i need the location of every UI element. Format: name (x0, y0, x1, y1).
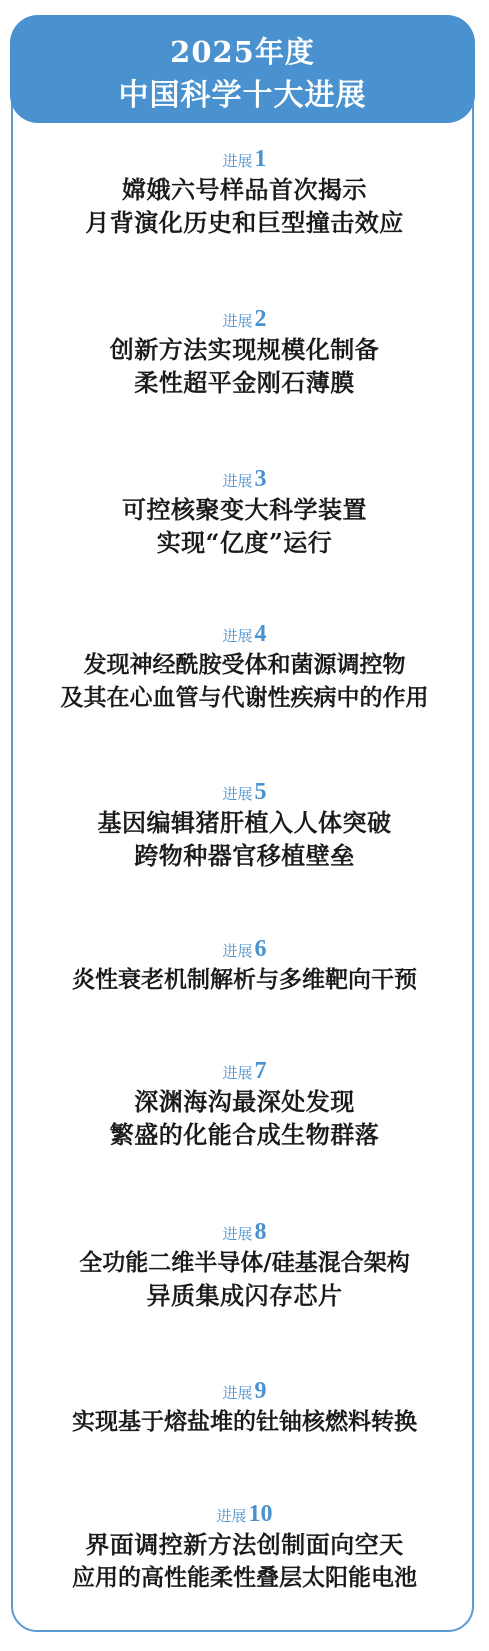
item-title-line: 创新方法实现规模化制备 (14, 333, 475, 366)
item-title-line: 深渊海沟最深处发现 (14, 1085, 475, 1118)
item-title-line: 界面调控新方法创制面向空天 (14, 1528, 475, 1561)
list-item-progress-5: 进展5 基因编辑猪肝植入人体突破 跨物种器官移植壁垒 (14, 778, 475, 872)
item-number: 8 (255, 1219, 267, 1245)
item-number: 10 (249, 1501, 273, 1527)
item-title-line: 柔性超平金刚石薄膜 (14, 366, 475, 399)
item-number: 3 (255, 466, 267, 492)
item-label: 进展5 (14, 778, 475, 806)
list-item-progress-6: 进展6 炎性衰老机制解析与多维靶向干预 (14, 935, 475, 996)
item-title-line: 月背演化历史和巨型撞击效应 (14, 206, 475, 239)
list-item-progress-9: 进展9 实现基于熔盐堆的钍铀核燃料转换 (14, 1377, 475, 1438)
item-title-line: 炎性衰老机制解析与多维靶向干预 (14, 963, 475, 996)
list-item-progress-8: 进展8 全功能二维半导体/硅基混合架构 异质集成闪存芯片 (14, 1218, 475, 1312)
item-title-line: 实现“亿度”运行 (14, 526, 475, 559)
list-item-progress-10: 进展10 界面调控新方法创制面向空天 应用的高性能柔性叠层太阳能电池 (14, 1500, 475, 1594)
list-item-progress-4: 进展4 发现神经酰胺受体和菌源调控物 及其在心血管与代谢性疾病中的作用 (14, 620, 475, 714)
page-title: 中国科学十大进展 (10, 79, 475, 113)
list-item-progress-1: 进展1 嫦娥六号样品首次揭示 月背演化历史和巨型撞击效应 (14, 145, 475, 239)
item-number: 1 (255, 146, 267, 172)
item-title-line: 应用的高性能柔性叠层太阳能电池 (14, 1561, 475, 1594)
item-label: 进展8 (14, 1218, 475, 1246)
item-title-line: 繁盛的化能合成生物群落 (14, 1118, 475, 1151)
item-title-line: 实现基于熔盐堆的钍铀核燃料转换 (14, 1405, 475, 1438)
list-item-progress-3: 进展3 可控核聚变大科学装置 实现“亿度”运行 (14, 465, 475, 559)
item-label: 进展1 (14, 145, 475, 173)
item-label: 进展6 (14, 935, 475, 963)
item-number: 2 (255, 306, 267, 332)
item-title-line: 及其在心血管与代谢性疾病中的作用 (14, 681, 475, 714)
item-label: 进展10 (14, 1500, 475, 1528)
list-item-progress-7: 进展7 深渊海沟最深处发现 繁盛的化能合成生物群落 (14, 1057, 475, 1151)
item-title-line: 基因编辑猪肝植入人体突破 (14, 806, 475, 839)
item-label: 进展4 (14, 620, 475, 648)
page-header: 2025年度 中国科学十大进展 (10, 15, 475, 123)
item-number: 9 (255, 1378, 267, 1404)
item-label: 进展2 (14, 305, 475, 333)
item-title-line: 嫦娥六号样品首次揭示 (14, 173, 475, 206)
item-label: 进展7 (14, 1057, 475, 1085)
item-number: 7 (255, 1058, 267, 1084)
header-year: 2025年度 (10, 35, 475, 69)
list-item-progress-2: 进展2 创新方法实现规模化制备 柔性超平金刚石薄膜 (14, 305, 475, 399)
item-number: 5 (255, 779, 267, 805)
item-title-line: 跨物种器官移植壁垒 (14, 839, 475, 872)
item-label: 进展3 (14, 465, 475, 493)
item-label: 进展9 (14, 1377, 475, 1405)
item-title-line: 全功能二维半导体/硅基混合架构 (14, 1246, 475, 1279)
item-title-line: 可控核聚变大科学装置 (14, 493, 475, 526)
item-number: 4 (255, 621, 267, 647)
item-number: 6 (255, 936, 267, 962)
item-title-line: 发现神经酰胺受体和菌源调控物 (14, 648, 475, 681)
item-title-line: 异质集成闪存芯片 (14, 1279, 475, 1312)
